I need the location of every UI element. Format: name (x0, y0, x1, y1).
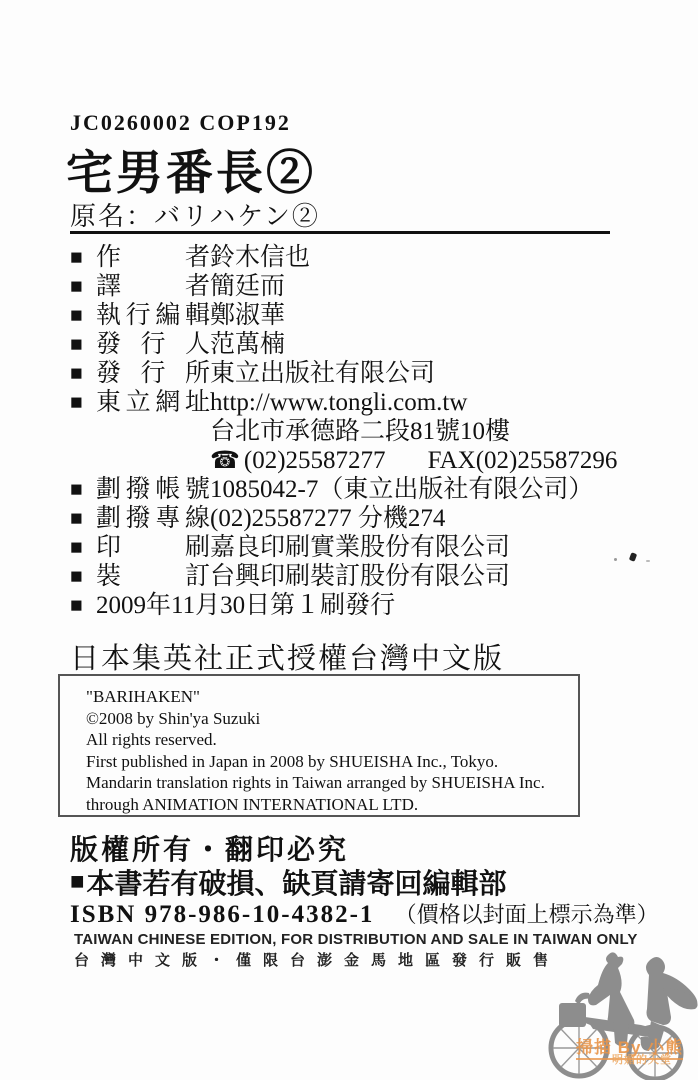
credit-row-publisher-person: ■ 發行人 范萬楠 (70, 330, 630, 359)
square-bullet-icon: ■ (70, 504, 96, 533)
credit-label: 印刷 (96, 533, 210, 562)
credit-row-website: ■ 東立網址 http://www.tongli.com.tw (70, 388, 630, 417)
square-bullet-icon: ■ (70, 243, 96, 272)
copyright-line: First published in Japan in 2008 by SHUE… (86, 751, 578, 773)
credit-row-print-date: ■ 2009年11月30日第１刷發行 (70, 591, 630, 620)
credit-label: 執行編輯 (96, 301, 210, 330)
credit-label: 劃撥帳號 (96, 475, 210, 504)
credit-label: 劃撥專線 (96, 504, 210, 533)
credit-value: 1085042-7（東立出版社有限公司） (210, 475, 593, 504)
credit-value: 台興印刷裝訂股份有限公司 (210, 562, 510, 591)
credit-label: 裝訂 (96, 562, 210, 591)
credit-value: 簡廷而 (210, 272, 285, 301)
price-note: （價格以封面上標示為準） (395, 902, 659, 927)
credit-label: 東立網址 (96, 388, 210, 417)
copyright-line: through ANIMATION INTERNATIONAL LTD. (86, 794, 578, 816)
copyright-line: "BARIHAKEN" (86, 686, 578, 708)
square-bullet-icon: ■ (70, 359, 96, 388)
credit-row-publisher-company: ■ 發行所 東立出版社有限公司 (70, 359, 630, 388)
credit-label: 發行所 (96, 359, 210, 388)
credit-label: 發行人 (96, 330, 210, 359)
square-bullet-icon: ■ (70, 301, 96, 330)
original-title: 原名：バリハケン② (70, 196, 320, 233)
fax-number: FAX(02)25587296 (428, 447, 618, 474)
product-code: JC0260002 COP192 (70, 110, 291, 136)
square-bullet-icon: ■ (70, 330, 96, 359)
square-bullet-icon: ■ (70, 591, 96, 620)
damaged-notice-text: 本書若有破損、缺頁請寄回編輯部 (87, 862, 507, 902)
credit-row-binding: ■ 裝訂 台興印刷裝訂股份有限公司 (70, 562, 630, 591)
copyright-box: "BARIHAKEN" ©2008 by Shin'ya Suzuki All … (58, 674, 580, 817)
first-printing-date: 2009年11月30日第１刷發行 (96, 591, 395, 620)
phone-number: (02)25587277 (244, 447, 386, 474)
credit-row-phone-fax: ☎(02)25587277FAX(02)25587296 (70, 446, 630, 475)
credit-row-author: ■ 作者 鈴木信也 (70, 243, 630, 272)
colophon-page: JC0260002 COP192 宅男番長② 原名：バリハケン② ■ 作者 鈴木… (0, 0, 698, 1080)
book-title: 宅男番長② (66, 136, 316, 203)
ink-speck-artifact (614, 558, 617, 561)
ink-speck-artifact (646, 560, 650, 562)
title-divider-rule (70, 231, 610, 234)
front-rider-body (588, 952, 634, 1029)
credit-value: (02)25587277 分機274 (210, 504, 445, 533)
copyright-line: ©2008 by Shin'ya Suzuki (86, 708, 578, 730)
license-statement: 日本集英社正式授權台灣中文版 (70, 636, 504, 677)
credit-value: 鈴木信也 (210, 243, 310, 272)
publisher-url: http://www.tongli.com.tw (210, 388, 467, 417)
credit-row-postal-line: ■ 劃撥專線 (02)25587277 分機274 (70, 504, 630, 533)
credit-row-postal-account: ■ 劃撥帳號 1085042-7（東立出版社有限公司） (70, 475, 630, 504)
scan-watermark-line2: 明媚的天堂 (612, 1051, 672, 1067)
credits-list: ■ 作者 鈴木信也 ■ 譯者 簡廷而 ■ 執行編輯 鄭淑華 ■ 發行人 范萬楠 … (70, 243, 630, 620)
credit-value: 東立出版社有限公司 (210, 359, 435, 388)
credit-row-translator: ■ 譯者 簡廷而 (70, 272, 630, 301)
credit-value: 嘉良印刷實業股份有限公司 (210, 533, 510, 562)
credit-row-printer: ■ 印刷 嘉良印刷實業股份有限公司 (70, 533, 630, 562)
credit-row-address: 台北市承德路二段81號10樓 (70, 417, 630, 446)
copyright-line: Mandarin translation rights in Taiwan ar… (86, 772, 578, 794)
credit-value: 鄭淑華 (210, 301, 285, 330)
square-bullet-icon: ■ (70, 475, 96, 504)
publisher-address: 台北市承德路二段81號10樓 (210, 417, 510, 446)
square-bullet-icon: ■ (70, 869, 85, 896)
square-bullet-icon: ■ (70, 562, 96, 591)
copyright-line: All rights reserved. (86, 729, 578, 751)
telephone-icon: ☎ (210, 448, 240, 474)
credit-label: 作者 (96, 243, 210, 272)
credit-row-editor: ■ 執行編輯 鄭淑華 (70, 301, 630, 330)
damaged-book-notice: ■ 本書若有破損、缺頁請寄回編輯部 (70, 862, 507, 902)
credit-value: 范萬楠 (210, 330, 285, 359)
isbn-number: ISBN 978-986-10-4382-1 (70, 901, 374, 928)
bicycle-basket (559, 1003, 586, 1027)
square-bullet-icon: ■ (70, 272, 96, 301)
square-bullet-icon: ■ (70, 533, 96, 562)
phone-fax-group: ☎(02)25587277FAX(02)25587296 (210, 446, 617, 476)
ink-speck-artifact (629, 552, 637, 562)
square-bullet-icon: ■ (70, 388, 96, 417)
isbn-row: ISBN 978-986-10-4382-1 （價格以封面上標示為準） (70, 898, 659, 929)
taiwan-edition-chinese-line: 台灣中文版・僅限台澎金馬地區發行販售 (74, 949, 560, 970)
credit-label: 譯者 (96, 272, 210, 301)
